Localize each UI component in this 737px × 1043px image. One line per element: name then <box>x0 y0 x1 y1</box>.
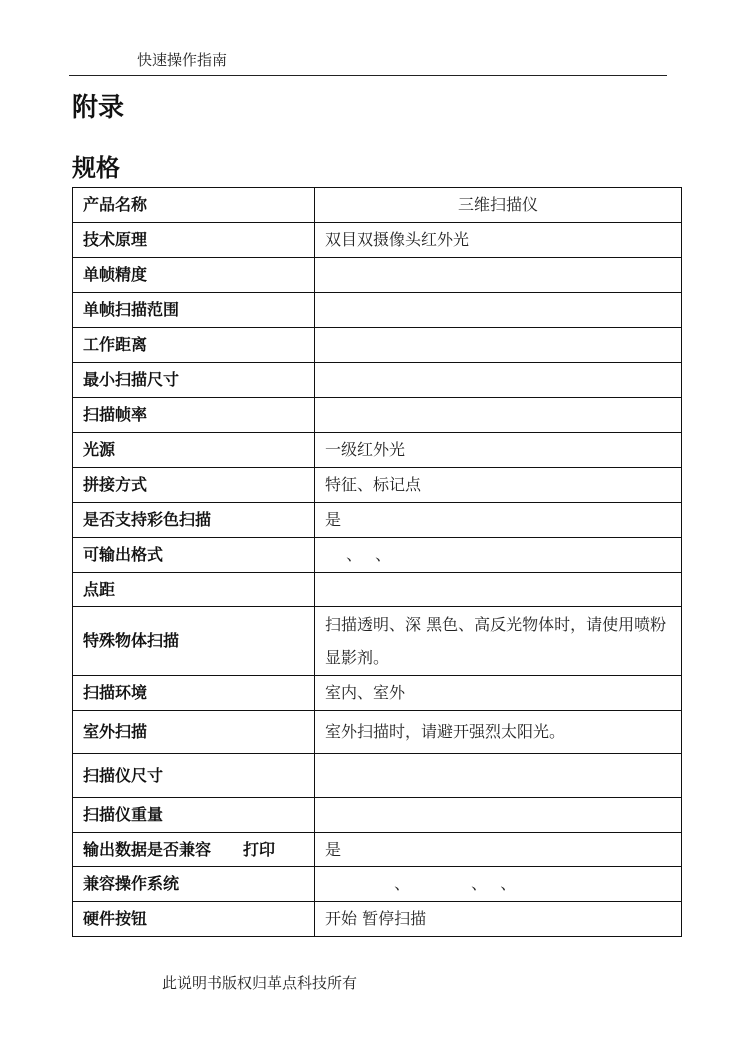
spec-value: 室外扫描时，请避开强烈太阳光。 <box>315 711 682 754</box>
table-row: 单帧精度 <box>73 258 682 293</box>
table-row: 扫描帧率 <box>73 398 682 433</box>
spec-label: 可输出格式 <box>73 538 315 573</box>
running-header: 快速操作指南 <box>137 49 227 70</box>
table-row: 扫描环境室内、室外 <box>73 676 682 711</box>
table-row: 工作距离 <box>73 328 682 363</box>
table-row: 扫描仪尺寸 <box>73 754 682 798</box>
spec-value <box>315 293 682 328</box>
spec-label: 最小扫描尺寸 <box>73 363 315 398</box>
table-row: 技术原理双目双摄像头红外光 <box>73 223 682 258</box>
spec-value: 开始 暂停扫描 <box>315 902 682 937</box>
spec-label: 扫描仪重量 <box>73 798 315 833</box>
table-row: 单帧扫描范围 <box>73 293 682 328</box>
spec-label: 拼接方式 <box>73 468 315 503</box>
spec-value: 、 、 <box>315 538 682 573</box>
table-row: 是否支持彩色扫描是 <box>73 503 682 538</box>
spec-value <box>315 398 682 433</box>
spec-value: 是 <box>315 503 682 538</box>
table-row: 室外扫描室外扫描时，请避开强烈太阳光。 <box>73 711 682 754</box>
spec-value <box>315 328 682 363</box>
spec-value: 特征、标记点 <box>315 468 682 503</box>
table-row: 点距 <box>73 573 682 607</box>
spec-value: 是 <box>315 833 682 867</box>
spec-label: 是否支持彩色扫描 <box>73 503 315 538</box>
table-row: 光源一级红外光 <box>73 433 682 468</box>
spec-label: 扫描环境 <box>73 676 315 711</box>
header-divider <box>69 75 667 76</box>
spec-label: 光源 <box>73 433 315 468</box>
spec-label: 兼容操作系统 <box>73 867 315 902</box>
spec-label: 工作距离 <box>73 328 315 363</box>
table-row: 可输出格式 、 、 <box>73 538 682 573</box>
spec-label: 产品名称 <box>73 188 315 223</box>
spec-value <box>315 258 682 293</box>
spec-table-body: 产品名称三维扫描仪技术原理双目双摄像头红外光单帧精度单帧扫描范围工作距离最小扫描… <box>73 188 682 937</box>
spec-value: 一级红外光 <box>315 433 682 468</box>
spec-label: 扫描帧率 <box>73 398 315 433</box>
table-row: 兼容操作系统 、 、 、 <box>73 867 682 902</box>
spec-value: 三维扫描仪 <box>315 188 682 223</box>
spec-table: 产品名称三维扫描仪技术原理双目双摄像头红外光单帧精度单帧扫描范围工作距离最小扫描… <box>72 187 682 937</box>
table-row: 输出数据是否兼容 打印是 <box>73 833 682 867</box>
spec-value <box>315 754 682 798</box>
table-row: 特殊物体扫描扫描透明、深 黑色、高反光物体时，请使用喷粉 显影剂。 <box>73 607 682 676</box>
spec-label: 室外扫描 <box>73 711 315 754</box>
spec-label: 特殊物体扫描 <box>73 607 315 676</box>
table-row: 最小扫描尺寸 <box>73 363 682 398</box>
spec-value: 室内、室外 <box>315 676 682 711</box>
spec-label: 点距 <box>73 573 315 607</box>
table-row: 硬件按钮开始 暂停扫描 <box>73 902 682 937</box>
spec-label: 技术原理 <box>73 223 315 258</box>
spec-label: 单帧精度 <box>73 258 315 293</box>
table-row: 产品名称三维扫描仪 <box>73 188 682 223</box>
spec-value <box>315 363 682 398</box>
spec-value <box>315 573 682 607</box>
spec-value <box>315 798 682 833</box>
spec-label: 输出数据是否兼容 打印 <box>73 833 315 867</box>
spec-value: 双目双摄像头红外光 <box>315 223 682 258</box>
spec-value: 、 、 、 <box>315 867 682 902</box>
table-row: 扫描仪重量 <box>73 798 682 833</box>
spec-label: 扫描仪尺寸 <box>73 754 315 798</box>
spec-value: 扫描透明、深 黑色、高反光物体时，请使用喷粉 显影剂。 <box>315 607 682 676</box>
spec-label: 单帧扫描范围 <box>73 293 315 328</box>
spec-label: 硬件按钮 <box>73 902 315 937</box>
section-title: 规格 <box>72 148 120 183</box>
page-title: 附录 <box>72 87 124 124</box>
copyright-footer: 此说明书版权归革点科技所有 <box>162 972 357 993</box>
table-row: 拼接方式特征、标记点 <box>73 468 682 503</box>
